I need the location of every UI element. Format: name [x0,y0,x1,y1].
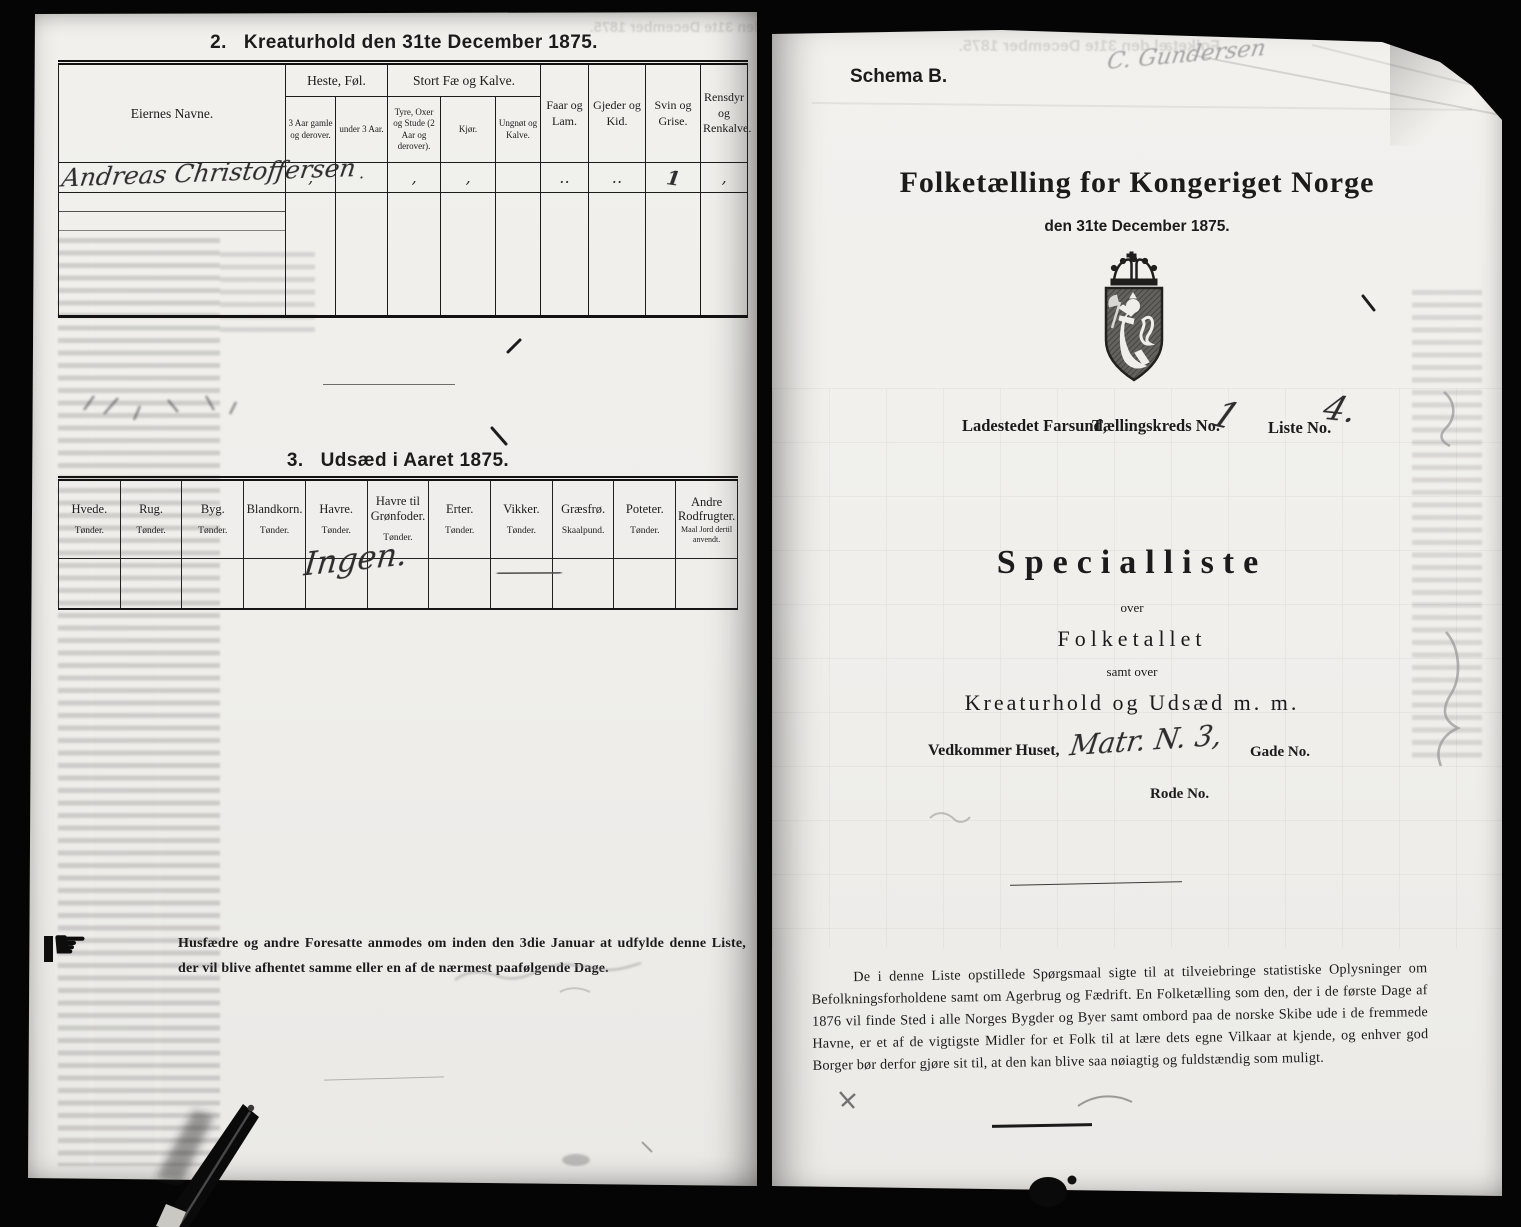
right-page: Folketæl den 31te December 1875. Schema … [772,28,1502,1198]
handwritten-dash: — [493,560,565,585]
udsaed-col-rodfrugter: Andre Rodfrugter. Maal Jord dertil anven… [676,479,738,559]
house-label: Vedkommer Huset, [928,742,1060,760]
udsaed-col-poteter: Poteter. Tønder. [614,479,676,559]
district-label: Tællingskreds No. [1092,416,1220,436]
col-header-rensdyr: Rensdyr og Renkalve. [701,63,748,163]
schema-label: Schema B. [850,66,947,88]
specialliste-heading: Specialliste [807,544,1457,582]
udsaed-col-byg: Byg. Tønder. [182,479,244,559]
col-group-stort-fae: Stort Fæ og Kalve. [388,63,541,97]
row-rule [59,230,285,231]
census-date-line: den 31te December 1875. [807,218,1467,236]
norway-coat-of-arms-icon [1086,250,1182,388]
entry-mark: ‥ [589,163,646,193]
subcol-3aar: 3 Aar gamle og derover. [286,97,336,163]
folketallet-heading: Folketallet [807,626,1457,652]
kreaturhold-title-no: 2. [210,32,227,53]
manicule-glyph: ☛ [52,922,88,968]
udsaed-col-erter: Erter. Tønder. [429,479,491,559]
empty-owner-rows [59,193,286,317]
place-label: Ladestedet Farsund, [962,416,1107,436]
col-unit: Maal Jord dertil anvendt. [677,525,736,544]
instruction-note: Husfædre og andre Foresatte anmodes om i… [178,932,746,981]
col-name: Andre Rodfrugter. [677,495,736,524]
census-title: Folketælling for Kongeriget Norge [807,166,1467,200]
col-unit: Tønder. [60,526,119,537]
col-unit: Tønder. [307,526,366,537]
col-header-faar: Faar og Lam. [541,63,589,163]
samt-over-label: samt over [807,664,1457,680]
subcol-kjor: Kjør. [441,97,496,163]
subcol-ungnot: Ungnøt og Kalve. [496,97,541,163]
ink-underline [992,1123,1092,1128]
over-label: over [807,600,1457,616]
udsaed-title: 3. Udsæd i Aaret 1875. [58,450,738,472]
col-name: Vikker. [492,502,551,517]
col-header-svin: Svin og Grise. [646,63,701,163]
col-unit: Tønder. [430,526,489,537]
col-name: Hvede. [60,502,119,517]
kreaturhold-title: 2. Kreaturhold den 31te December 1875. [58,32,750,54]
kreaturhold-heading: Kreaturhold og Udsæd m. m. [807,690,1457,716]
row-rule [59,211,285,212]
subcol-tyre: Tyre, Oxer og Stude (2 Aar og derover). [388,97,441,163]
curled-corner [1390,36,1502,146]
entry-mark: ‚ [441,163,496,193]
col-name: Havre. [307,502,366,517]
col-name: Rug. [122,502,181,517]
gade-label: Gade No. [1250,744,1310,761]
entry-mark: ‚ [701,163,748,193]
entry-mark [496,163,541,193]
kreaturhold-title-text: Kreaturhold den 31te December 1875. [244,32,598,53]
page-crease [812,102,1472,111]
col-name: Erter. [430,502,489,517]
col-name: Blandkorn. [245,502,304,517]
faint-pen-stroke [324,1076,444,1080]
udsaed-col-hvede: Hvede. Tønder. [59,479,121,559]
rode-label: Rode No. [1150,786,1209,803]
col-name: Byg. [183,502,242,517]
col-header-gjeder: Gjeder og Kid. [589,63,646,163]
col-header-eiernes-navne: Eiernes Navne. [59,63,286,163]
col-unit: Tønder. [122,526,181,537]
col-unit: Tønder. [183,526,242,537]
udsaed-title-no: 3. [287,450,304,471]
col-name: Græsfrø. [554,502,613,517]
col-group-heste: Heste, Føl. [286,63,388,97]
col-unit: Tønder. [245,526,304,537]
udsaed-col-blandkorn: Blandkorn. Tønder. [244,479,306,559]
col-unit: Tønder. [615,526,674,537]
section-divider-rule [323,384,455,385]
entry-mark: ‚ [388,163,441,193]
udsaed-col-vikker: Vikker. Tønder. [491,479,553,559]
bleedthrough-text-column [58,238,220,1166]
kreaturhold-table: Eiernes Navne. Heste, Føl. Stort Fæ og K… [58,60,748,318]
entry-mark: ‥ [541,163,589,193]
col-name: Poteter. [615,502,674,517]
explanatory-paragraph: De i denne Liste opstillede Spørgsmaal s… [811,957,1429,1077]
udsaed-col-rug: Rug. Tønder. [120,479,182,559]
col-unit: Skaalpund. [554,526,613,537]
udsaed-title-text: Udsæd i Aaret 1875. [321,450,510,471]
entry-mark-svin-count: 1 [644,159,703,196]
col-name: Havre til Grønfoder. [369,494,428,524]
col-unit: Tønder. [492,526,551,537]
udsaed-col-graesfro: Græsfrø. Skaalpund. [552,479,614,559]
left-page: den 31te December 1875. 2. Kreaturhold d… [28,12,757,1186]
scanned-census-spread: den 31te December 1875. 2. Kreaturhold d… [0,0,1521,1227]
manicule-icon: ☛ [44,928,88,972]
